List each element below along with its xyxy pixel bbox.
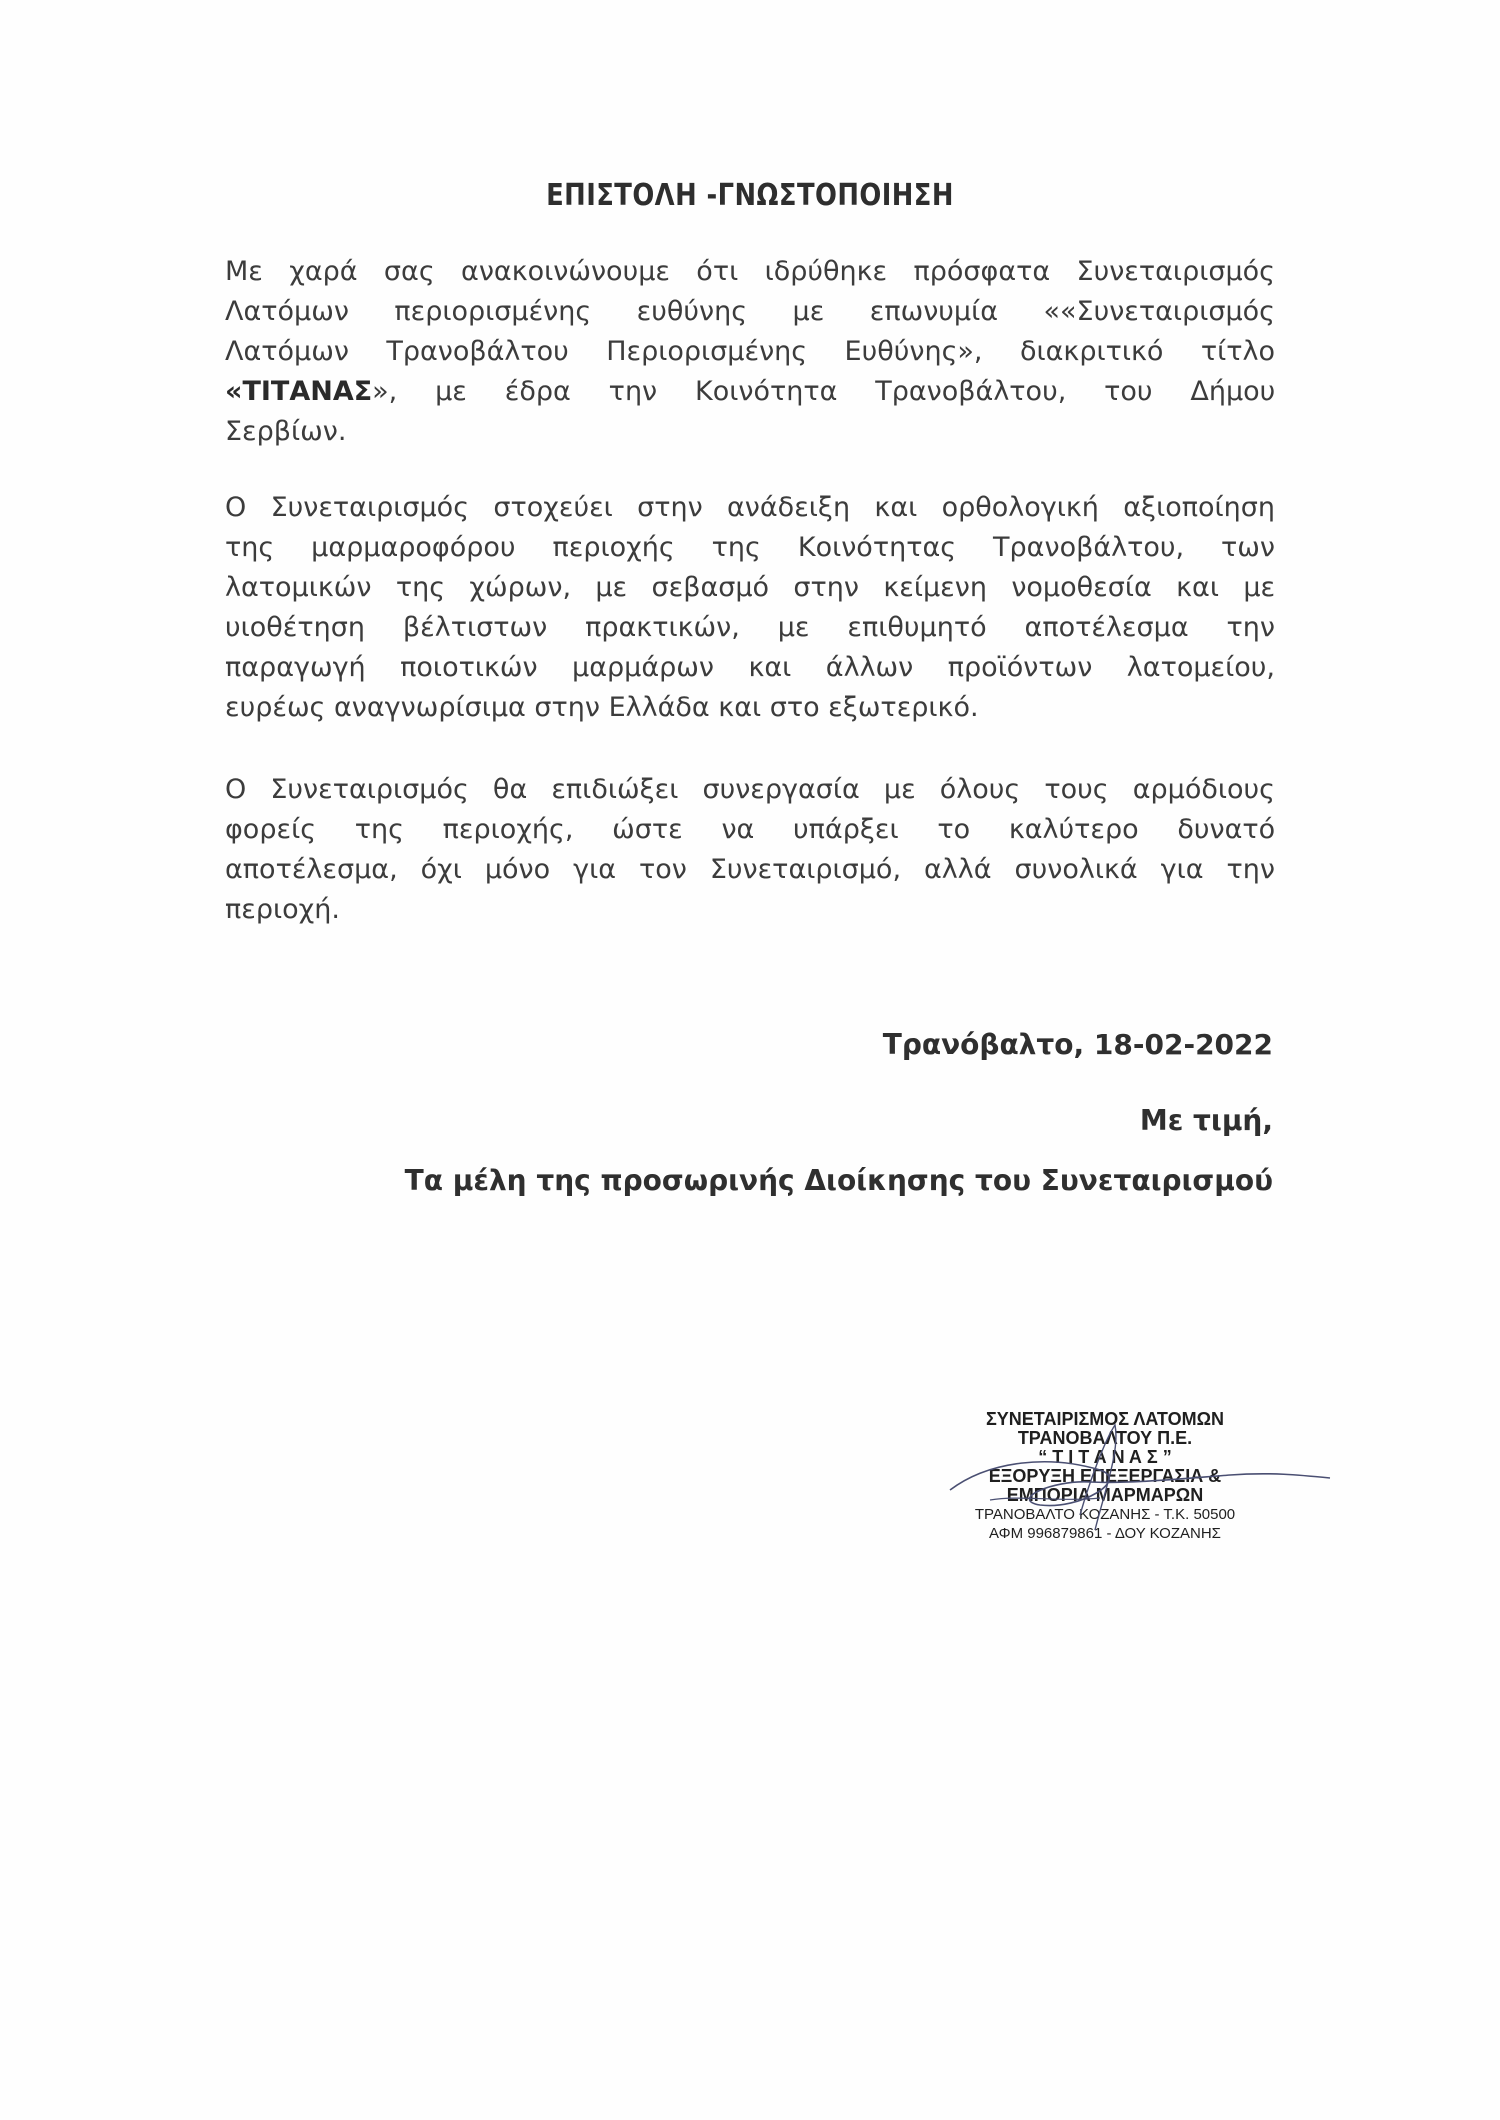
closing-regards: Με τιμή,	[1140, 1104, 1273, 1137]
text-line: Σερβίων.	[225, 412, 1275, 452]
stamp-line: ΤΡΑΝΟΒΑΛΤΟΥ Π.Ε.	[930, 1429, 1280, 1448]
text-line: Λατόμων Τρανοβάλτου Περιορισμένης Ευθύνη…	[225, 332, 1275, 372]
paragraph-goals: Ο Συνεταιρισμός στοχεύει στην ανάδειξη κ…	[225, 488, 1275, 728]
stamp-line: ΣΥΝΕΤΑΙΡΙΣΜΟΣ ΛΑΤΟΜΩΝ	[930, 1410, 1280, 1429]
stamp-line: ΤΡΑΝΟΒΑΛΤΟ ΚΟΖΑΝΗΣ - Τ.Κ. 50500	[930, 1505, 1280, 1524]
text-line: λατομικών της χώρων, με σεβασμό στην κεί…	[225, 568, 1275, 608]
text-line: παραγωγή ποιοτικών μαρμάρων και άλλων πρ…	[225, 648, 1275, 688]
text-line: Λατόμων περιορισμένης ευθύνης με επωνυμί…	[225, 292, 1275, 332]
text-line: Ο Συνεταιρισμός θα επιδιώξει συνεργασία …	[225, 770, 1275, 810]
stamp-line: “ Τ Ι Τ Α Ν Α Σ ”	[930, 1448, 1280, 1467]
signatories: Τα μέλη της προσωρινής Διοίκησης του Συν…	[405, 1164, 1273, 1197]
paragraph-announcement: Με χαρά σας ανακοινώνουμε ότι ιδρύθηκε π…	[225, 252, 1275, 452]
text-line: Ο Συνεταιρισμός στοχεύει στην ανάδειξη κ…	[225, 488, 1275, 528]
paragraph-cooperation: Ο Συνεταιρισμός θα επιδιώξει συνεργασία …	[225, 770, 1275, 930]
stamp-line: ΑΦΜ 996879861 - ΔΟΥ ΚΟΖΑΝΗΣ	[930, 1524, 1280, 1543]
company-stamp: ΣΥΝΕΤΑΙΡΙΣΜΟΣ ΛΑΤΟΜΩΝ ΤΡΑΝΟΒΑΛΤΟΥ Π.Ε. “…	[930, 1410, 1280, 1543]
text-line: της μαρμαροφόρου περιοχής της Κοινότητας…	[225, 528, 1275, 568]
text-line: υιοθέτηση βέλτιστων πρακτικών, με επιθυμ…	[225, 608, 1275, 648]
letter-page: ΕΠΙΣΤΟΛΗ -ΓΝΩΣΤΟΠΟΙΗΣΗ Με χαρά σας ανακο…	[0, 0, 1500, 2120]
cooperative-trade-name: «ΤΙΤΑΝΑΣ	[225, 376, 372, 407]
text-line-rest: », με έδρα την Κοινότητα Τρανοβάλτου, το…	[372, 376, 1275, 407]
text-line: φορείς της περιοχής, ώστε να υπάρξει το …	[225, 810, 1275, 850]
place-and-date: Τρανόβαλτο, 18-02-2022	[883, 1028, 1273, 1061]
text-line: ευρέως αναγνωρίσιμα στην Ελλάδα και στο …	[225, 688, 1275, 728]
text-line-with-bold-name: «ΤΙΤΑΝΑΣ», με έδρα την Κοινότητα Τρανοβά…	[225, 372, 1275, 412]
text-line: Με χαρά σας ανακοινώνουμε ότι ιδρύθηκε π…	[225, 252, 1275, 292]
text-line: αποτέλεσμα, όχι μόνο για τον Συνεταιρισμ…	[225, 850, 1275, 890]
stamp-line: ΕΜΠΟΡΙΑ ΜΑΡΜΑΡΩΝ	[930, 1486, 1280, 1505]
document-title: ΕΠΙΣΤΟΛΗ -ΓΝΩΣΤΟΠΟΙΗΣΗ	[105, 178, 1395, 213]
text-line: περιοχή.	[225, 890, 1275, 930]
stamp-line: ΕΞΟΡΥΞΗ ΕΠΕΞΕΡΓΑΣΙΑ &	[930, 1467, 1280, 1486]
